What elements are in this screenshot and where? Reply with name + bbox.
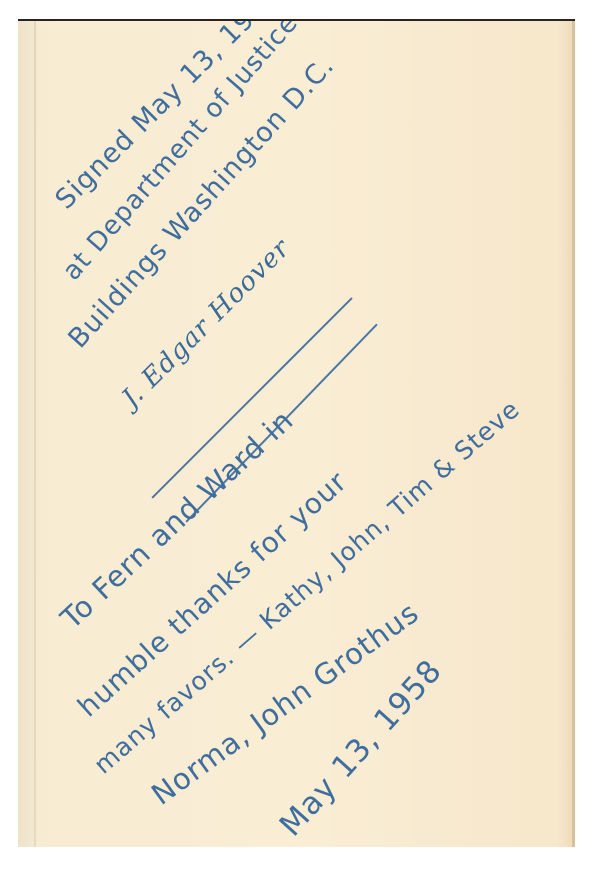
- page-right-edge: [572, 21, 575, 847]
- dedication-line-1: To Fern and Ward in: [56, 405, 299, 634]
- page-gutter: [18, 21, 34, 847]
- book-page: Signed May 13, 1958 at Department of Jus…: [18, 19, 575, 847]
- page-hinge-line: [34, 21, 36, 847]
- dedication-line-3: many favors. — Kathy, John, Tim & Steve: [90, 396, 524, 778]
